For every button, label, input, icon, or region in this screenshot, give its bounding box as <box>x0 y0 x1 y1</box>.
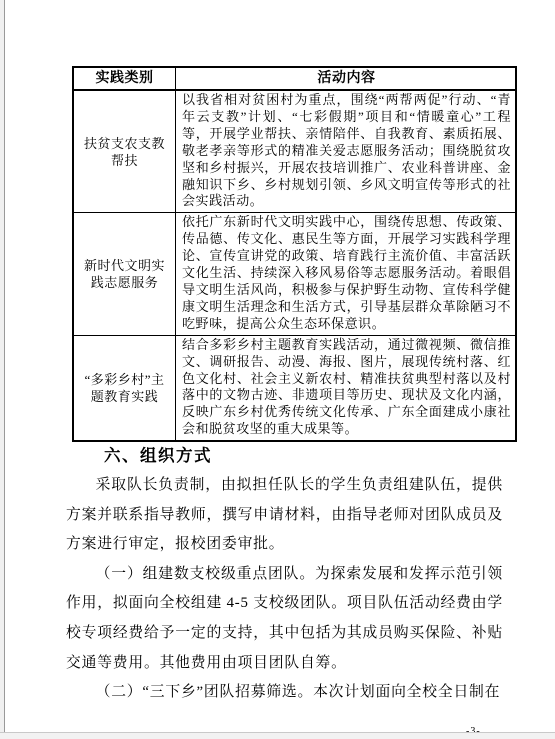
table-header-category: 实践类别 <box>74 68 176 89</box>
table-header-row: 实践类别 活动内容 <box>74 68 515 90</box>
paragraph: （二）“三下乡”团队招募筛选。本次计划面向全校全日制在 <box>66 678 503 708</box>
practice-categories-table: 实践类别 活动内容 扶贫支农支教帮扶 以我省相对贫困村为重点，围绕“两帮两促”行… <box>72 66 517 442</box>
table-row: 扶贫支农支教帮扶 以我省相对贫困村为重点，围绕“两帮两促”行动、“青年云支教”计… <box>74 90 515 212</box>
section-heading: 六、组织方式 <box>104 442 212 466</box>
table-header-content: 活动内容 <box>176 68 515 89</box>
paragraph: 采取队长负责制，由拟担任队长的学生负责组建队伍，提供方案并联系指导教师，撰写申请… <box>66 471 503 560</box>
page-left-edge <box>0 0 5 739</box>
category-cell: 新时代文明实践志愿服务 <box>74 213 176 334</box>
table-row: “多彩乡村”主题教育实践 结合多彩乡村主题教育实践活动，通过微视频、微信推文、调… <box>74 335 515 440</box>
paragraph: （一）组建数支校级重点团队。为探索发展和发挥示范引领作用，拟面向全校组建 4-5… <box>66 560 503 678</box>
section-body: 采取队长负责制，由拟担任队长的学生负责组建队伍，提供方案并联系指导教师，撰写申请… <box>66 471 503 708</box>
document-page: { "page": { "page_number": "-3-" }, "tab… <box>0 0 555 739</box>
content-cell: 结合多彩乡村主题教育实践活动，通过微视频、微信推文、调研报告、动漫、海报、图片，… <box>176 336 515 440</box>
table-row: 新时代文明实践志愿服务 依托广东新时代文明实践中心，围绕传思想、传政策、传品德、… <box>74 212 515 334</box>
category-cell: “多彩乡村”主题教育实践 <box>74 336 176 440</box>
content-cell: 依托广东新时代文明实践中心，围绕传思想、传政策、传品德、传文化、惠民生等方面，开… <box>176 213 515 334</box>
category-cell: 扶贫支农支教帮扶 <box>74 91 176 212</box>
content-cell: 以我省相对贫困村为重点，围绕“两帮两促”行动、“青年云支教”计划、“七彩假期”项… <box>176 91 515 212</box>
page-bottom-edge <box>0 732 555 739</box>
